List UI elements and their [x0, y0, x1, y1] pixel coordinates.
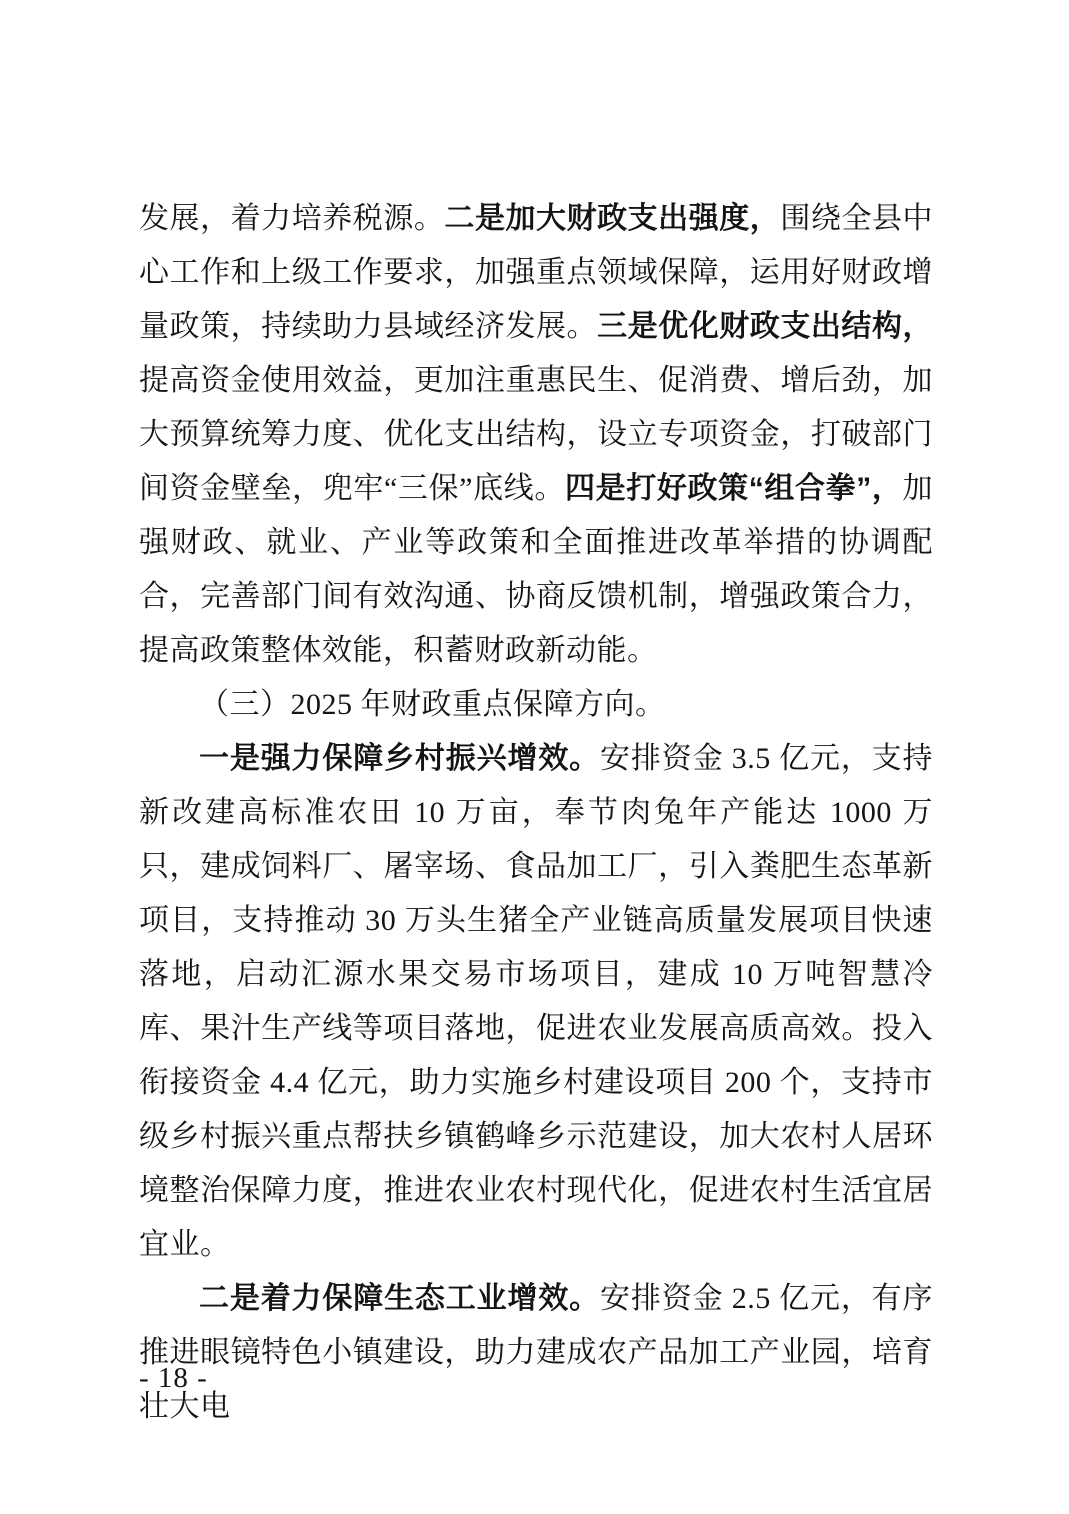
paragraph: 发展，着力培养税源。二是加大财政支出强度，围绕全县中心工作和上级工作要求，加强重…: [139, 192, 933, 678]
text-run: （三）2025 年财政重点保障方向。: [199, 688, 666, 721]
bold-run: 二是加大财政支出强度，: [444, 202, 780, 235]
paragraph: 二是着力保障生态工业增效。安排资金 2.5 亿元，有序推进眼镜特色小镇建设，助力…: [139, 1272, 933, 1434]
document-page: 发展，着力培养税源。二是加大财政支出强度，围绕全县中心工作和上级工作要求，加强重…: [0, 0, 1069, 1514]
text-run: 安排资金 3.5 亿元，支持新改建高标准农田 10 万亩，奉节肉兔年产能达 10…: [139, 742, 933, 1261]
paragraph: （三）2025 年财政重点保障方向。: [139, 678, 933, 732]
bold-run: 一是强力保障乡村振兴增效。: [199, 742, 600, 775]
document-body: 发展，着力培养税源。二是加大财政支出强度，围绕全县中心工作和上级工作要求，加强重…: [139, 192, 933, 1434]
paragraph: 一是强力保障乡村振兴增效。安排资金 3.5 亿元，支持新改建高标准农田 10 万…: [139, 732, 933, 1272]
page-number: - 18 -: [139, 1360, 208, 1396]
bold-run: 四是打好政策“组合拳”，: [565, 472, 903, 505]
text-run: 发展，着力培养税源。: [139, 202, 444, 235]
bold-run: 二是着力保障生态工业增效。: [199, 1282, 600, 1315]
bold-run: 三是优化财政支出结构，: [597, 310, 933, 343]
